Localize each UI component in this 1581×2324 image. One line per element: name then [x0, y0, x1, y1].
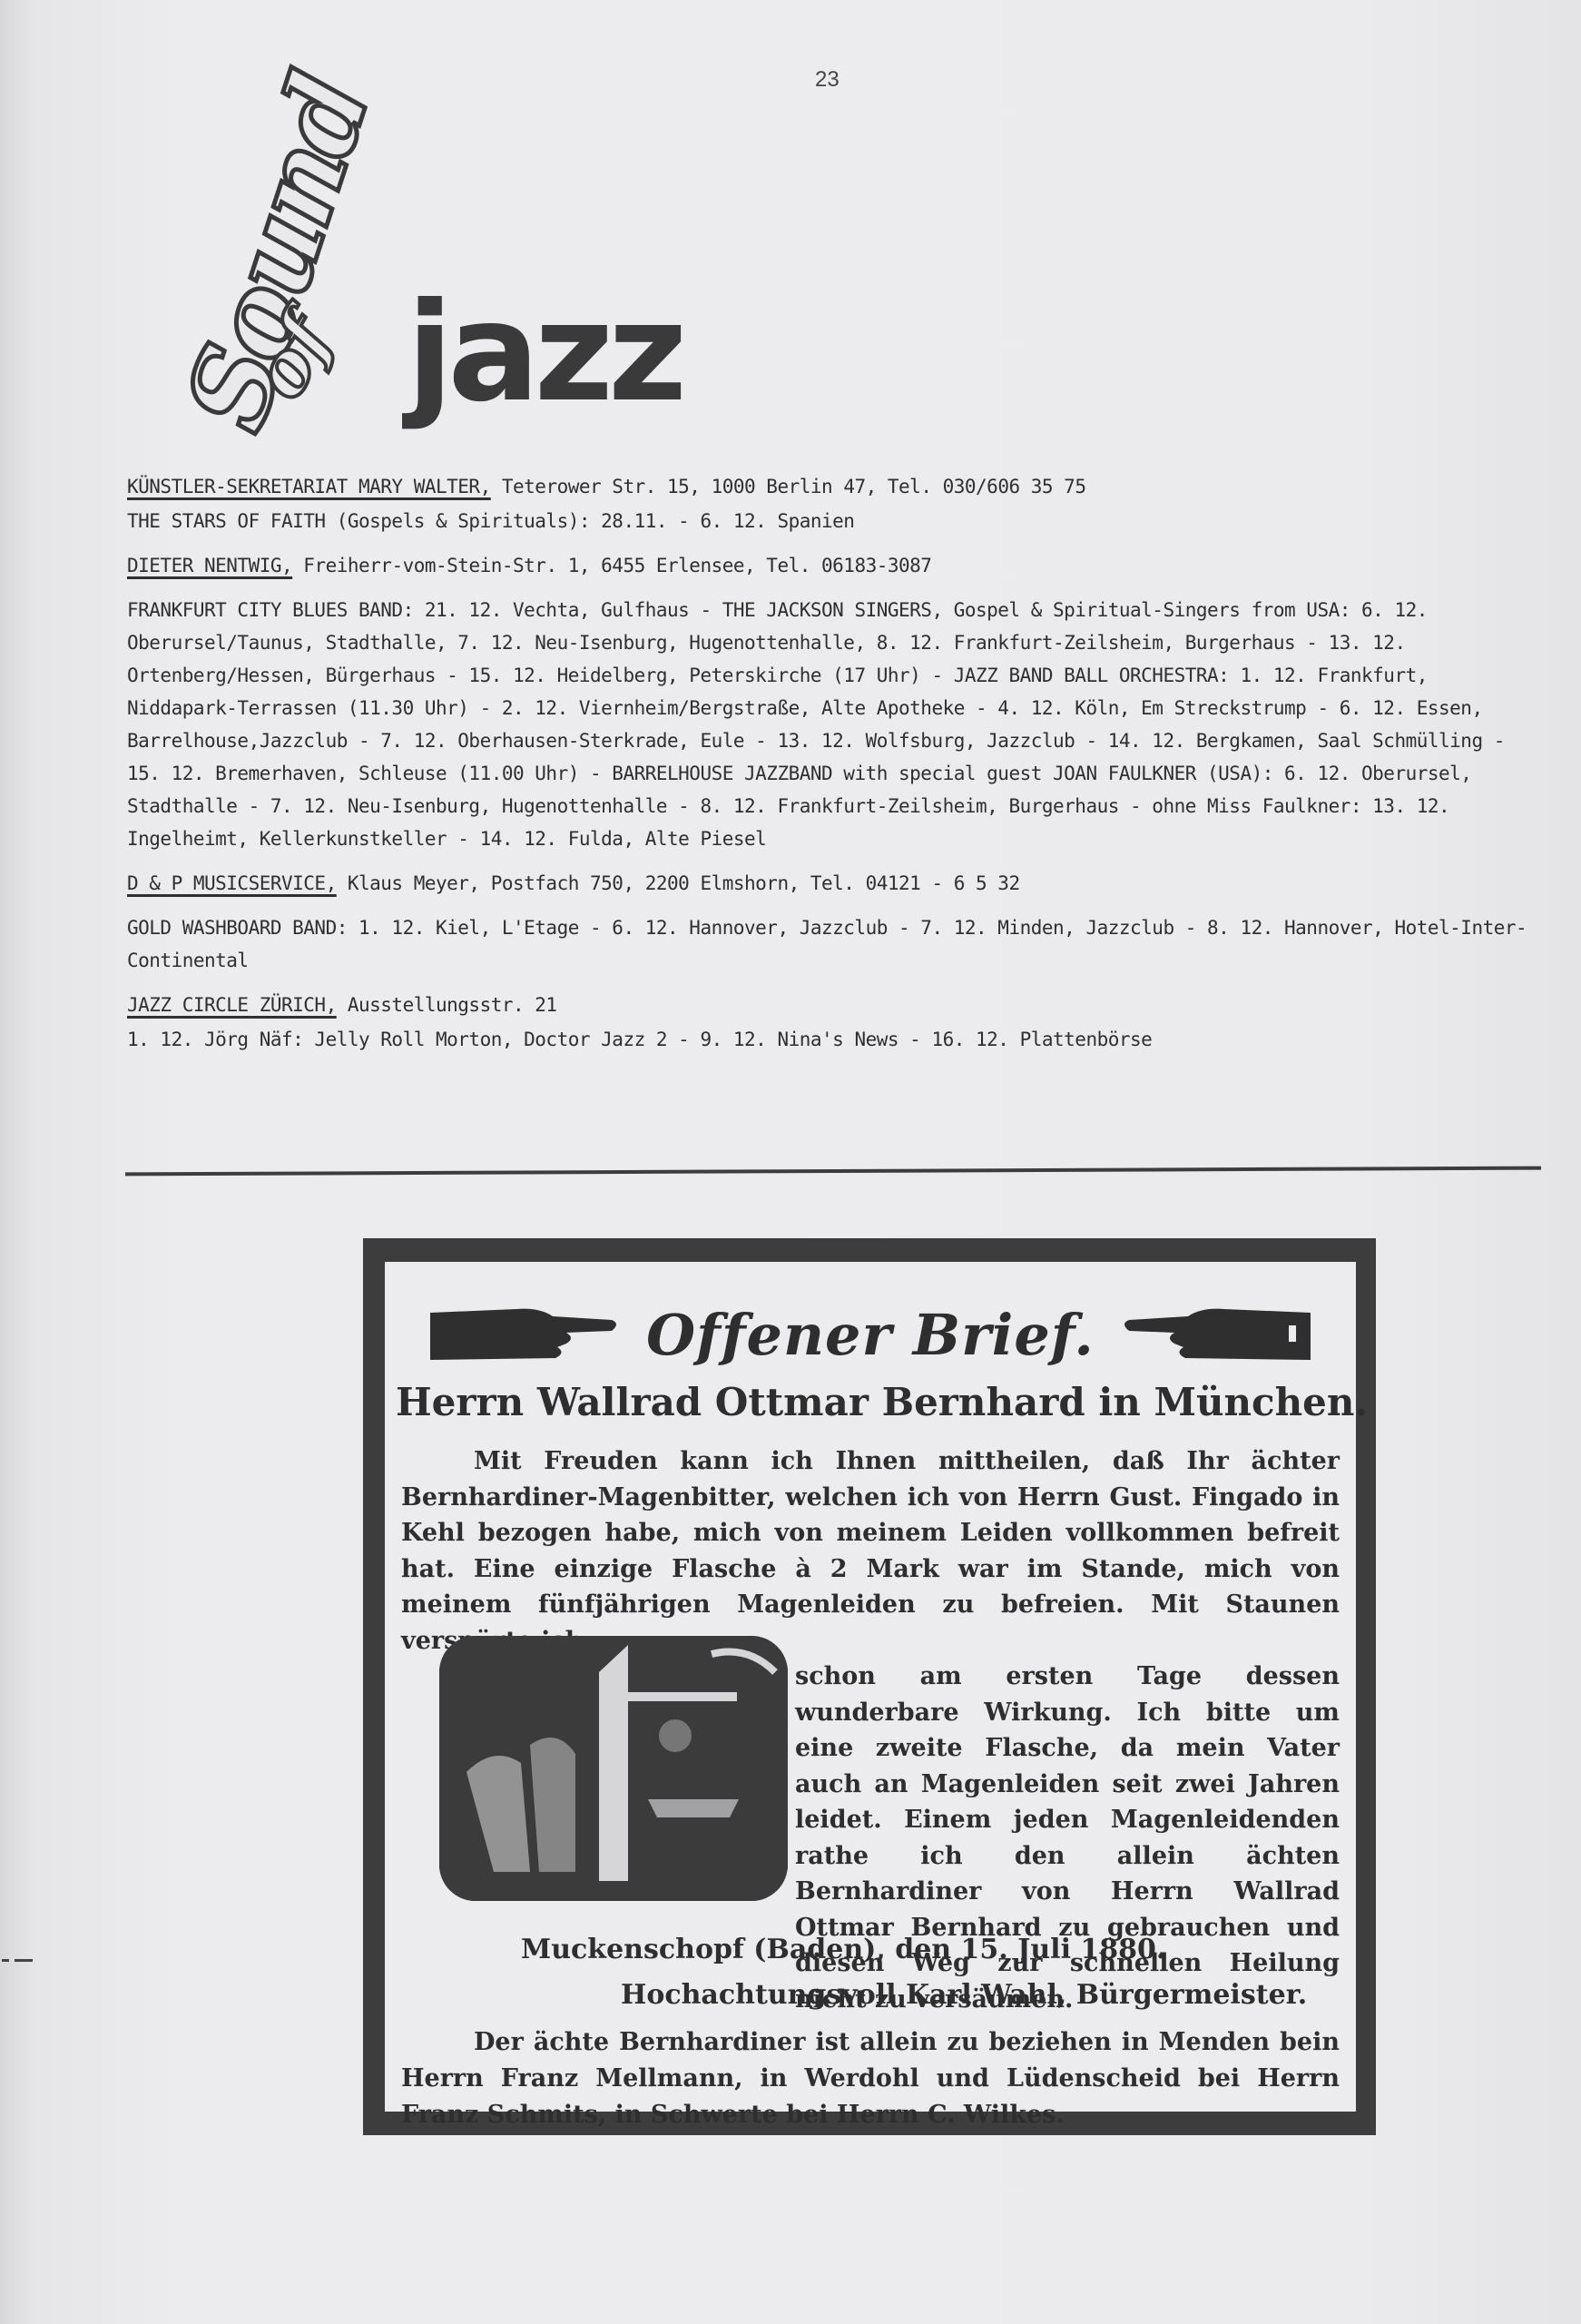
listing-text: Teterower Str. 15, 1000 Berlin 47, Tel. …: [491, 476, 1086, 497]
advertisement-title-row: Offener Brief.: [385, 1298, 1356, 1371]
offener-brief-advertisement: Offener Brief. Herrn Wallrad Ottmar Bern…: [363, 1238, 1376, 2135]
advertisement-footer: Der ächte Bernhardiner ist allein zu bez…: [401, 2024, 1340, 2133]
pointing-hand-right-icon: [430, 1307, 621, 1362]
listing-heading: JAZZ CIRCLE ZÜRICH,: [127, 994, 337, 1016]
logo-word-jazz: jazz: [407, 285, 682, 421]
listing-entry: DIETER NENTWIG, Freiherr-vom-Stein-Str. …: [127, 549, 1543, 582]
concert-listings: KÜNSTLER-SEKRETARIAT MARY WALTER, Tetero…: [127, 470, 1543, 1068]
listing-text: Freiherr-vom-Stein-Str. 1, 6455 Erlensee…: [292, 555, 931, 576]
letter-paragraph: Mit Freuden kann ich Ihnen mittheilen, d…: [401, 1443, 1340, 1659]
pointing-hand-left-icon: [1120, 1307, 1311, 1362]
listing-text: GOLD WASHBOARD BAND: 1. 12. Kiel, L'Etag…: [127, 917, 1527, 971]
advertisement-title: Offener Brief.: [646, 1302, 1095, 1368]
listing-heading: DIETER NENTWIG,: [127, 555, 292, 576]
listing-text: 1. 12. Jörg Näf: Jelly Roll Morton, Doct…: [127, 1029, 1152, 1050]
listing-text: Ausstellungsstr. 21: [337, 994, 557, 1016]
woodcut-scene-icon: [439, 1636, 788, 1901]
page-number: 23: [815, 67, 840, 93]
sound-of-jazz-logo: Sound of jazz: [152, 178, 751, 423]
listing-entry: KÜNSTLER-SEKRETARIAT MARY WALTER, Tetero…: [127, 470, 1543, 503]
listing-entry: D & P MUSICSERVICE, Klaus Meyer, Postfac…: [127, 867, 1543, 900]
retailer-notice: Der ächte Bernhardiner ist allein zu bez…: [401, 2024, 1340, 2133]
advertisement-addressee: Herrn Wallrad Ottmar Bernhard in München…: [396, 1380, 1345, 1424]
listing-heading: KÜNSTLER-SEKRETARIAT MARY WALTER,: [127, 476, 491, 497]
margin-mark: [15, 1959, 33, 1962]
listing-heading: D & P MUSICSERVICE,: [127, 872, 337, 894]
listing-entry: 1. 12. Jörg Näf: Jelly Roll Morton, Doct…: [127, 1023, 1543, 1056]
advertisement-panel: Offener Brief. Herrn Wallrad Ottmar Bern…: [385, 1262, 1356, 2112]
listing-text: THE STARS OF FAITH (Gospels & Spirituals…: [127, 510, 854, 532]
listing-entry: JAZZ CIRCLE ZÜRICH, Ausstellungsstr. 21: [127, 989, 1543, 1021]
listing-entry: GOLD WASHBOARD BAND: 1. 12. Kiel, L'Etag…: [127, 911, 1543, 977]
listing-entry: FRANKFURT CITY BLUES BAND: 21. 12. Vecht…: [127, 594, 1543, 855]
margin-mark: [2, 1959, 9, 1962]
listing-text: Klaus Meyer, Postfach 750, 2200 Elmshorn…: [337, 872, 1020, 894]
letter-date-line: Muckenschopf (Baden), den 15. Juli 1880.: [521, 1934, 1165, 1965]
letter-signature: Hochachtungsvoll Karl Wahl, Bürgermeiste…: [621, 1979, 1307, 2011]
listing-text: FRANKFURT CITY BLUES BAND: 21. 12. Vecht…: [127, 599, 1505, 850]
listing-entry: THE STARS OF FAITH (Gospels & Spirituals…: [127, 505, 1543, 537]
